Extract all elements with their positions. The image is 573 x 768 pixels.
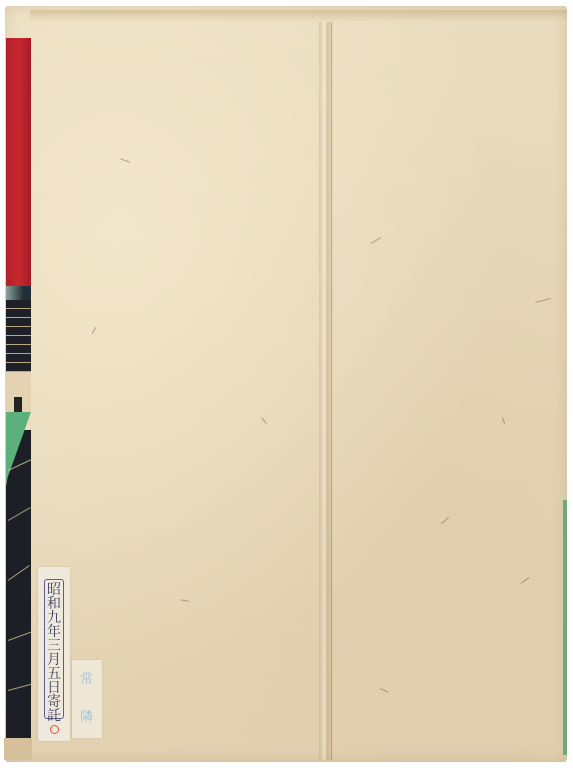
deposit-label-box: 昭 和 九 年 三 月 五 日 寄 託 bbox=[44, 579, 64, 719]
red-seal-icon bbox=[50, 725, 59, 734]
label-char: 九 bbox=[47, 611, 61, 625]
name-label: 常 隣 bbox=[72, 660, 102, 738]
spine-mark bbox=[14, 397, 22, 413]
label-char: 五 bbox=[47, 667, 61, 681]
label-char: 隣 bbox=[80, 706, 93, 725]
top-edge-stain bbox=[30, 10, 567, 22]
label-char: 寄 bbox=[47, 695, 61, 709]
label-char: 日 bbox=[47, 681, 61, 695]
label-char: 常 bbox=[80, 668, 93, 687]
label-char: 昭 bbox=[47, 583, 61, 597]
label-char: 三 bbox=[47, 639, 61, 653]
spine-foot-worn bbox=[4, 738, 32, 760]
right-green-edge bbox=[563, 500, 567, 755]
label-char: 託 bbox=[47, 709, 61, 723]
label-char: 和 bbox=[47, 597, 61, 611]
paper-cover bbox=[5, 6, 567, 762]
spine-red-cloth bbox=[6, 38, 31, 286]
spine-black-striped bbox=[6, 300, 31, 372]
spine-black-cloth bbox=[6, 430, 31, 740]
label-char: 年 bbox=[47, 625, 61, 639]
label-char: 月 bbox=[47, 653, 61, 667]
center-fold-line bbox=[331, 22, 332, 760]
deposit-label: 昭 和 九 年 三 月 五 日 寄 託 bbox=[38, 567, 70, 741]
